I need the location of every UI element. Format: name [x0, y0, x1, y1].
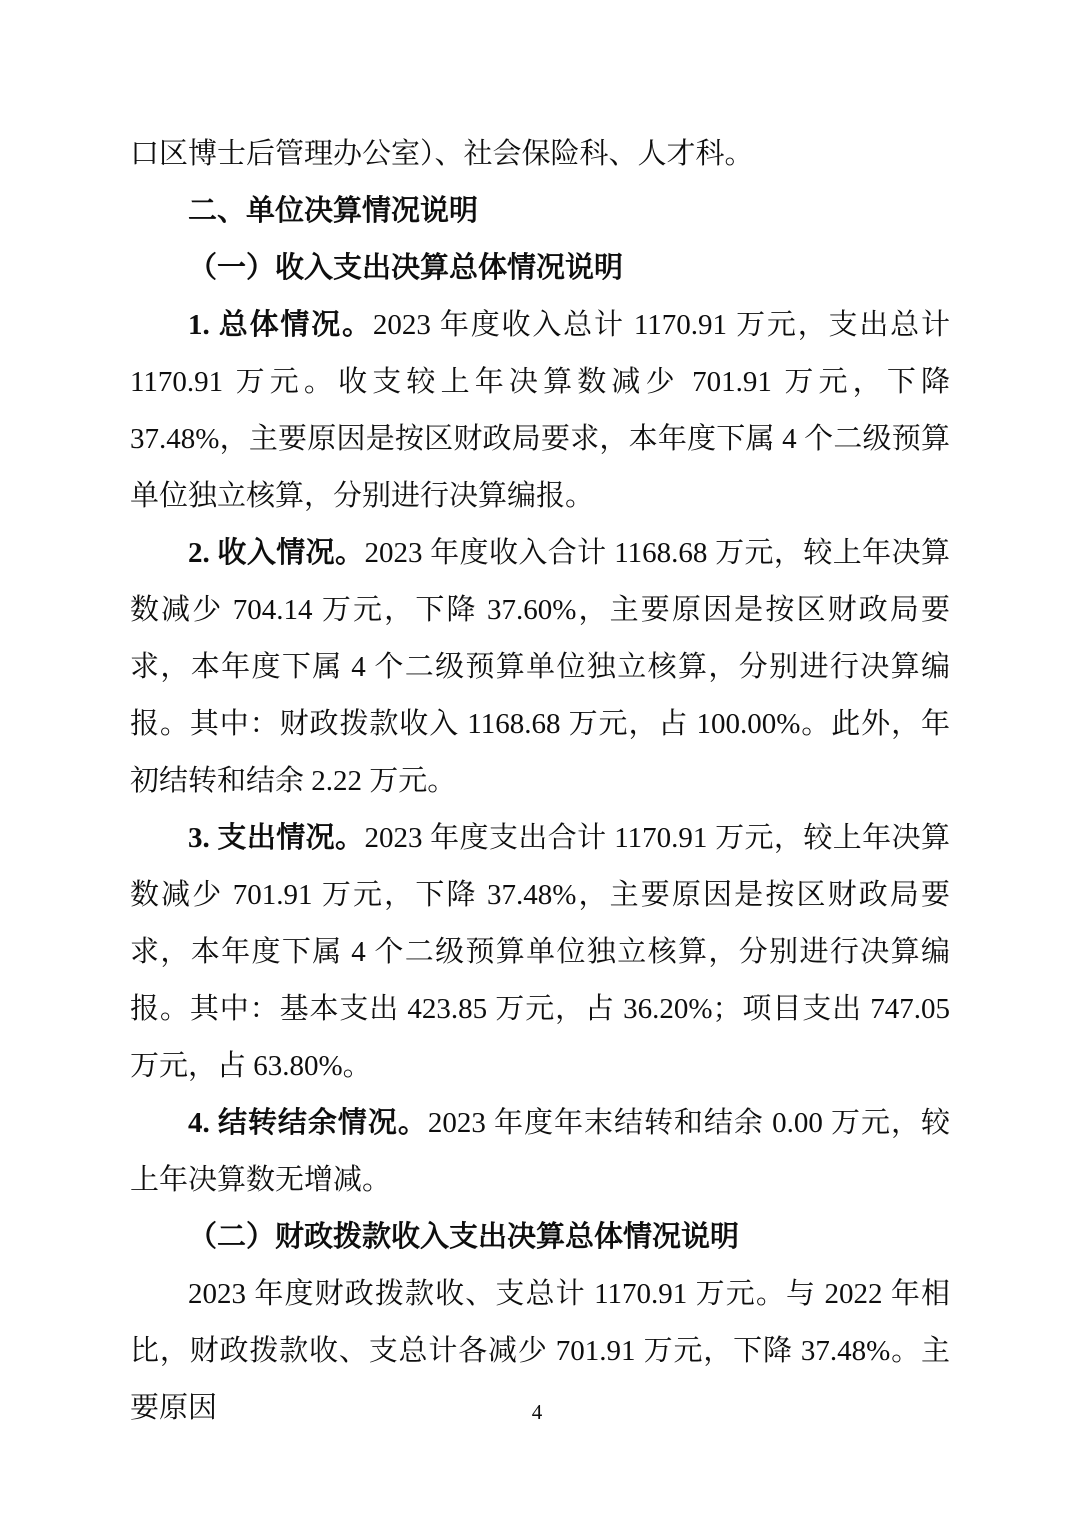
paragraph-4-carryover-balance: 4. 结转结余情况。2023 年度年末结转和结余 0.00 万元，较上年决算数无… [130, 1095, 950, 1209]
subsection-heading-1: （一）收入支出决算总体情况说明 [130, 240, 950, 297]
paragraph-2-text: 2023 年度收入合计 1168.68 万元，较上年决算数减少 704.14 万… [130, 537, 950, 797]
subsection-heading-1-text: （一）收入支出决算总体情况说明 [188, 252, 623, 284]
page-number: 4 [0, 1399, 1074, 1425]
subsection-heading-2-text: （二）财政拨款收入支出决算总体情况说明 [188, 1221, 739, 1253]
subsection-heading-2: （二）财政拨款收入支出决算总体情况说明 [130, 1209, 950, 1266]
document-page: 口区博士后管理办公室）、社会保险科、人才科。 二、单位决算情况说明 （一）收入支… [0, 0, 1074, 1520]
paragraph-3-text: 2023 年度支出合计 1170.91 万元，较上年决算数减少 701.91 万… [130, 822, 950, 1082]
paragraph-1-overall: 1. 总体情况。2023 年度收入总计 1170.91 万元，支出总计 1170… [130, 297, 950, 525]
document-text-block: 口区博士后管理办公室）、社会保险科、人才科。 二、单位决算情况说明 （一）收入支… [130, 126, 950, 1437]
paragraph-3-label: 3. 支出情况。 [188, 822, 364, 854]
paragraph-1-label: 1. 总体情况。 [188, 309, 373, 341]
paragraph-4-label: 4. 结转结余情况。 [188, 1107, 428, 1139]
section-heading-2-text: 二、单位决算情况说明 [188, 195, 478, 227]
paragraph-3-expenditure: 3. 支出情况。2023 年度支出合计 1170.91 万元，较上年决算数减少 … [130, 810, 950, 1095]
paragraph-2-label: 2. 收入情况。 [188, 537, 364, 569]
paragraph-2-income: 2. 收入情况。2023 年度收入合计 1168.68 万元，较上年决算数减少 … [130, 525, 950, 810]
section-heading-2: 二、单位决算情况说明 [130, 183, 950, 240]
paragraph-carryover-text: 口区博士后管理办公室）、社会保险科、人才科。 [130, 138, 754, 170]
paragraph-carryover: 口区博士后管理办公室）、社会保险科、人才科。 [130, 126, 950, 183]
